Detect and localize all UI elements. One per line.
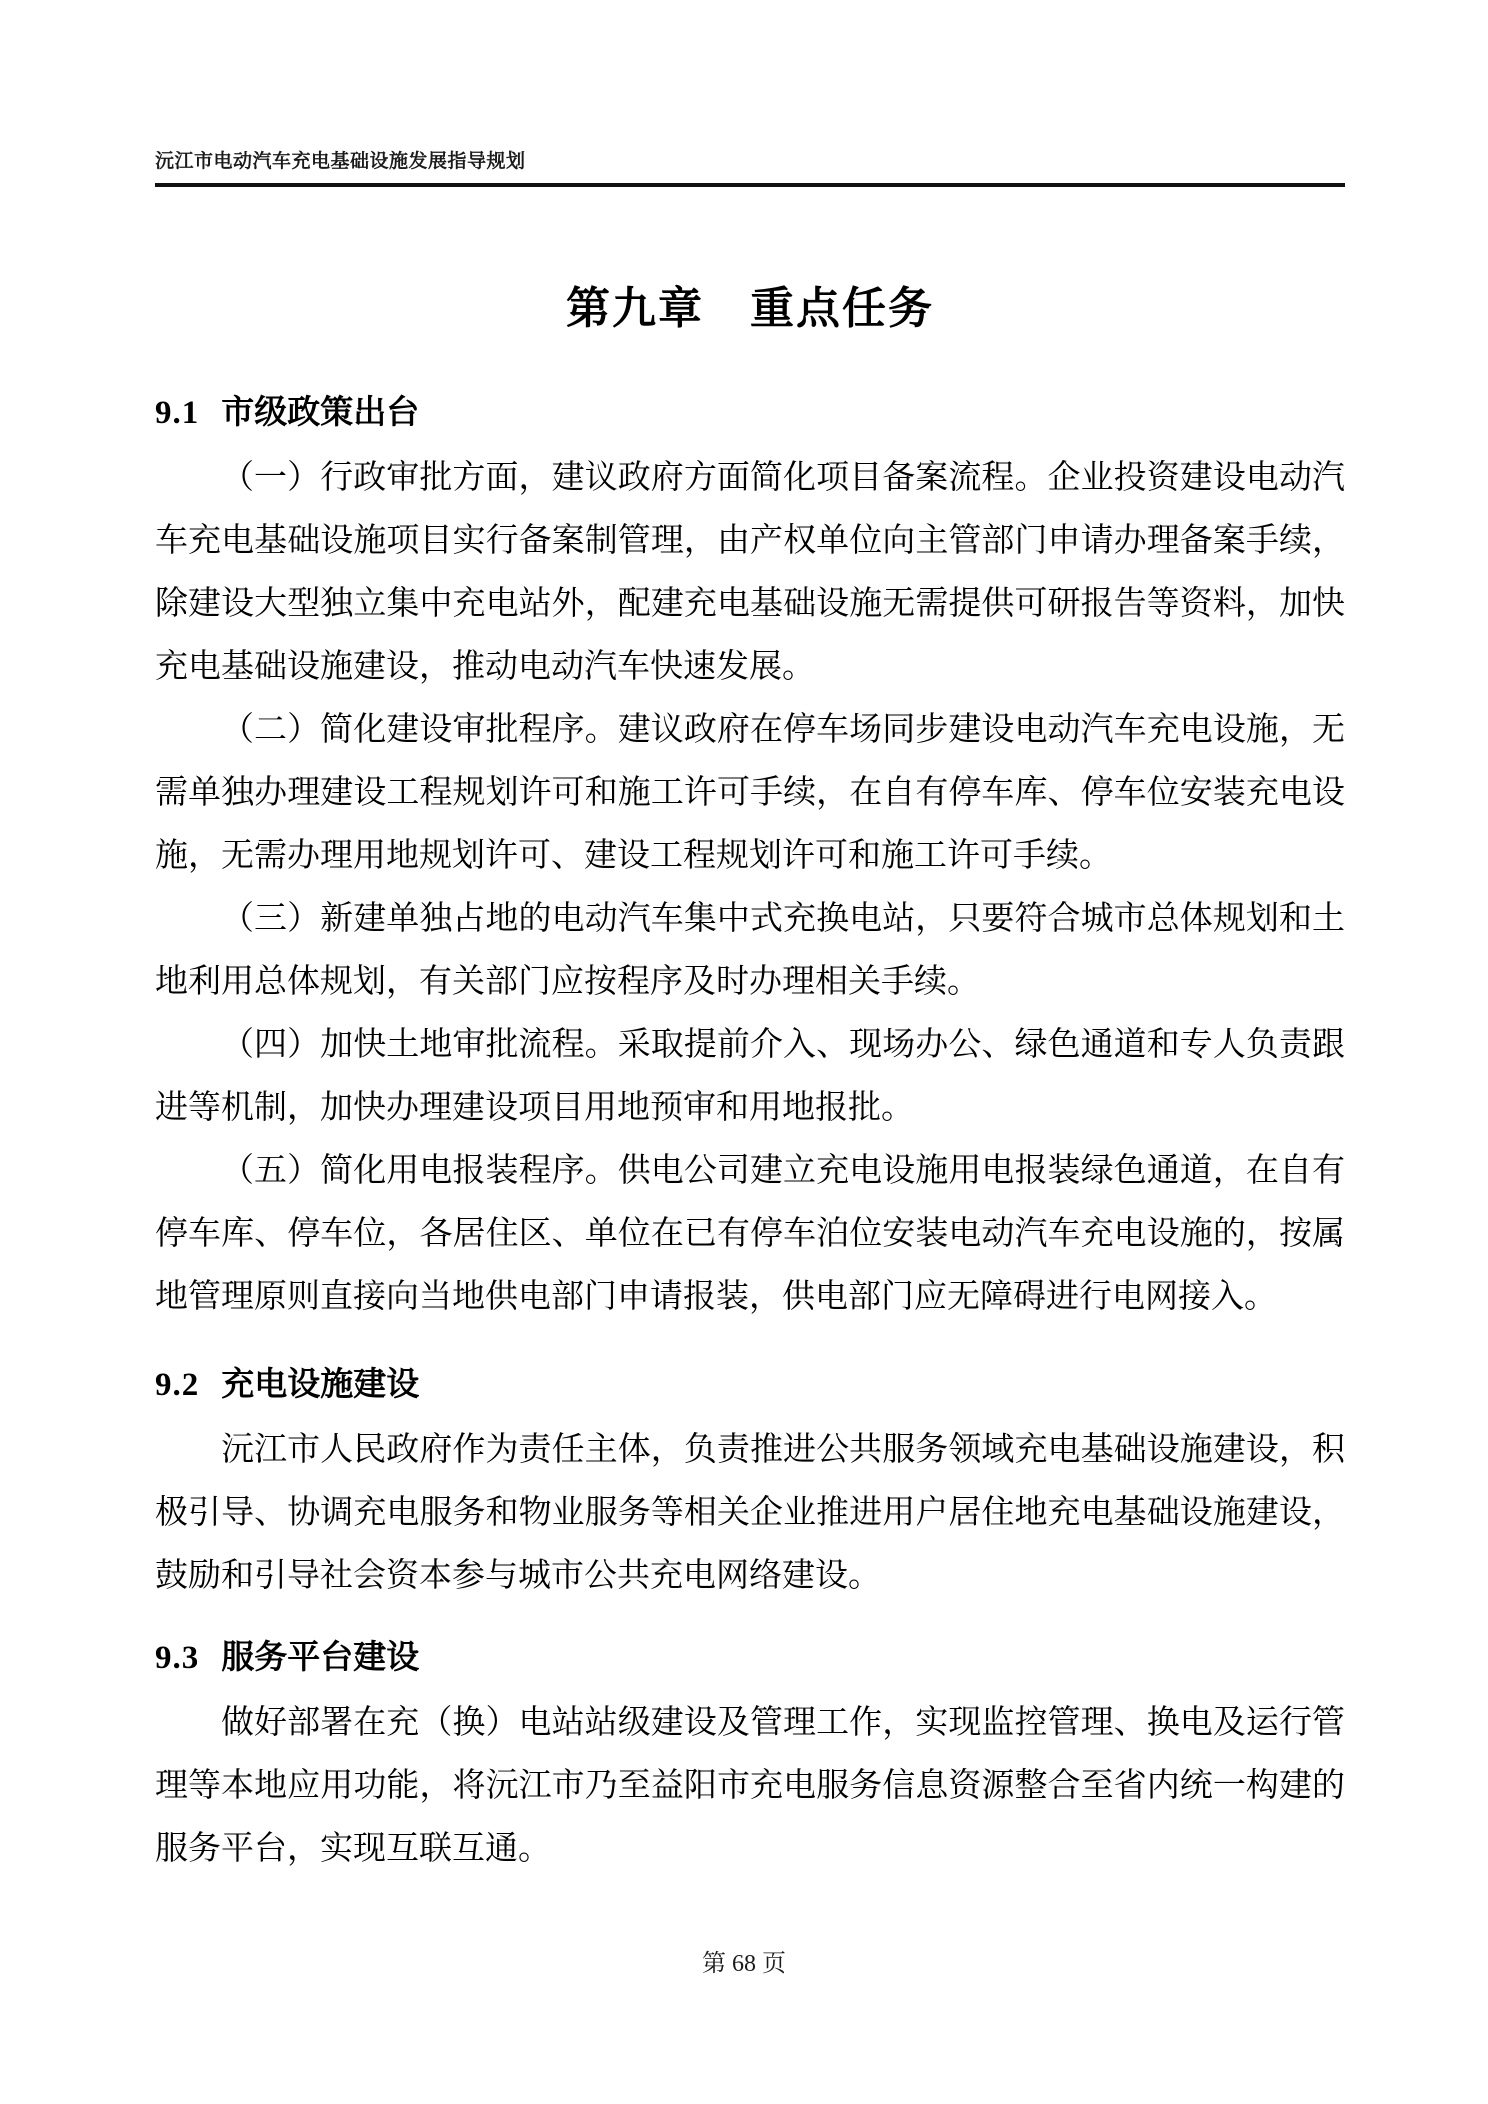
page-header: 沅江市电动汽车充电基础设施发展指导规划 bbox=[155, 146, 1345, 187]
paragraph: （二）简化建设审批程序。建议政府在停车场同步建设电动汽车充电设施，无需单独办理建… bbox=[155, 699, 1345, 888]
section-9-3-body: 做好部署在充（换）电站站级建设及管理工作，实现监控管理、换电及运行管理等本地应用… bbox=[155, 1692, 1345, 1881]
section-number: 9.1 bbox=[155, 395, 199, 431]
section-9-1-body: （一）行政审批方面，建议政府方面简化项目备案流程。企业投资建设电动汽车充电基础设… bbox=[155, 447, 1345, 1329]
section-9-2-heading: 9.2充电设施建设 bbox=[155, 1365, 1345, 1405]
section-title: 服务平台建设 bbox=[221, 1640, 419, 1676]
section-9-3: 9.3服务平台建设 做好部署在充（换）电站站级建设及管理工作，实现监控管理、换电… bbox=[155, 1638, 1345, 1881]
paragraph: （五）简化用电报装程序。供电公司建立充电设施用电报装绿色通道，在自有停车库、停车… bbox=[155, 1140, 1345, 1329]
header-title: 沅江市电动汽车充电基础设施发展指导规划 bbox=[155, 151, 526, 172]
page-footer: 第 68 页 bbox=[0, 1943, 1488, 1978]
paragraph: （三）新建单独占地的电动汽车集中式充换电站，只要符合城市总体规划和土地利用总体规… bbox=[155, 888, 1345, 1014]
document-page: 沅江市电动汽车充电基础设施发展指导规划 第九章 重点任务 9.1市级政策出台 （… bbox=[0, 0, 1488, 2104]
paragraph: （一）行政审批方面，建议政府方面简化项目备案流程。企业投资建设电动汽车充电基础设… bbox=[155, 447, 1345, 699]
section-9-3-heading: 9.3服务平台建设 bbox=[155, 1638, 1345, 1678]
paragraph: 沅江市人民政府作为责任主体，负责推进公共服务领域充电基础设施建设，积极引导、协调… bbox=[155, 1419, 1345, 1608]
section-number: 9.2 bbox=[155, 1367, 199, 1403]
chapter-title: 第九章 重点任务 bbox=[155, 283, 1345, 335]
section-9-1: 9.1市级政策出台 （一）行政审批方面，建议政府方面简化项目备案流程。企业投资建… bbox=[155, 393, 1345, 1329]
section-title: 市级政策出台 bbox=[221, 395, 419, 431]
section-9-2: 9.2充电设施建设 沅江市人民政府作为责任主体，负责推进公共服务领域充电基础设施… bbox=[155, 1365, 1345, 1608]
section-9-1-heading: 9.1市级政策出台 bbox=[155, 393, 1345, 433]
paragraph: 做好部署在充（换）电站站级建设及管理工作，实现监控管理、换电及运行管理等本地应用… bbox=[155, 1692, 1345, 1881]
section-number: 9.3 bbox=[155, 1640, 199, 1676]
section-title: 充电设施建设 bbox=[221, 1367, 419, 1403]
section-9-2-body: 沅江市人民政府作为责任主体，负责推进公共服务领域充电基础设施建设，积极引导、协调… bbox=[155, 1419, 1345, 1608]
paragraph: （四）加快土地审批流程。采取提前介入、现场办公、绿色通道和专人负责跟进等机制，加… bbox=[155, 1014, 1345, 1140]
